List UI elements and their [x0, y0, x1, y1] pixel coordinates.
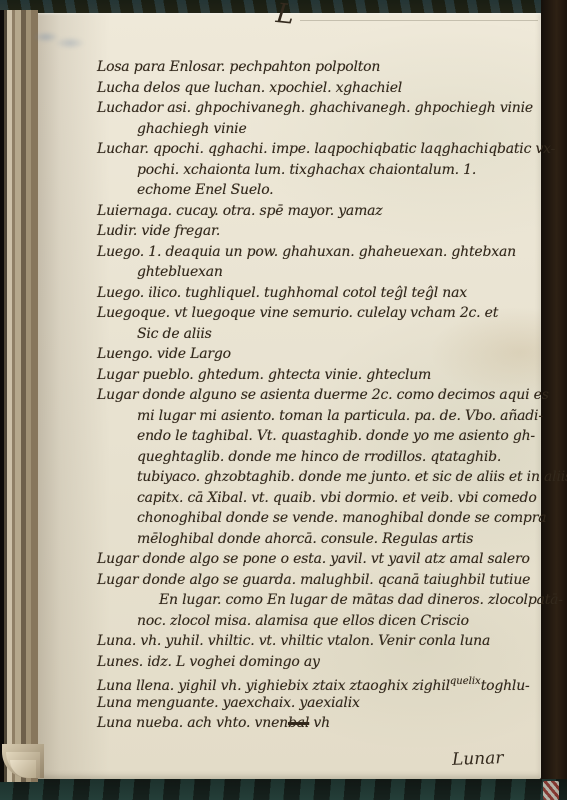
catchword: Lunar [452, 747, 504, 771]
manuscript-line: echome Enel Suelo. [97, 180, 543, 201]
manuscript-line: Lugar donde algo se guarda. malughbil. q… [97, 570, 543, 591]
text-segment: Luego. 1. deaquia un pow. ghahuxan. ghah… [97, 244, 516, 260]
text-segment: endo le taghibal. Vt. quastaghib. donde … [137, 428, 535, 444]
dictionary-entry: Lugar pueblo. ghtedum. ghtecta vinie. gh… [97, 365, 543, 386]
text-segment: Ludir. vide fregar. [97, 223, 220, 239]
text-segment: Luna nueba. ach vhto. vnen [97, 715, 288, 731]
text-segment: Sic de aliis [137, 326, 212, 342]
text-segment: noc. zlocol misa. alamisa que ellos dice… [137, 613, 469, 629]
dictionary-entry: Luna. vh. yuhil. vhiltic. vt. vhiltic vt… [97, 631, 543, 652]
manuscript-line: Lugar donde algo se pone o esta. yavil. … [97, 549, 543, 570]
manuscript-line: Luchador asi. ghpochivanegh. ghachivaneg… [97, 98, 543, 119]
text-segment: ghtebluexan [137, 264, 223, 280]
text-segment: Lugar pueblo. ghtedum. ghtecta vinie. gh… [97, 367, 431, 383]
text-segment: Luegoque. vt luegoque vine semurio. cule… [97, 305, 498, 321]
dictionary-entry: Luego. ilico. tughliquel. tughhomal coto… [97, 283, 543, 304]
manuscript-line: ghtebluexan [97, 262, 543, 283]
manuscript-line: Lugar donde alguno se asienta duerme 2c.… [97, 385, 543, 406]
text-segment: Lugar donde algo se pone o esta. yavil. … [97, 551, 530, 567]
text-segment-strike: bal [288, 715, 309, 731]
dictionary-entry: Luiernaga. cucay. otra. spē mayor. yamaz [97, 201, 543, 222]
text-segment: Losa para Enlosar. pechpahton polpolton [97, 59, 380, 75]
dictionary-entry: Luengo. vide Largo [97, 344, 543, 365]
library-stamp [32, 27, 90, 53]
text-segment: Lucha delos que luchan. xpochiel. xghach… [97, 80, 402, 96]
text-segment: mēloghibal donde ahorcā. consule. Regula… [137, 531, 473, 547]
dictionary-entry: Luegoque. vt luegoque vine semurio. cule… [97, 303, 543, 344]
dictionary-entry: Luego. 1. deaquia un pow. ghahuxan. ghah… [97, 242, 543, 283]
manuscript-line: Sic de aliis [97, 324, 543, 345]
manuscript-line: Luego. 1. deaquia un pow. ghahuxan. ghah… [97, 242, 543, 263]
text-segment: capitx. cā Xibal. vt. quaib. vbi dormio.… [137, 490, 537, 506]
text-segment-sup: quelix [450, 676, 481, 687]
text-segment: pochi. xchaionta lum. tixghachax chaiont… [137, 162, 476, 178]
manuscript-line: tubiyaco. ghzobtaghib. donde me junto. e… [97, 467, 543, 488]
manuscript-line: queghtaglib. donde me hinco de rrodillos… [97, 447, 543, 468]
text-segment: Luiernaga. cucay. otra. spē mayor. yamaz [97, 203, 382, 219]
manuscript-line: mēloghibal donde ahorcā. consule. Regula… [97, 529, 543, 550]
manuscript-page-scan: L Losa para Enlosar. pechpahton polpolto… [0, 0, 567, 800]
text-segment: Luchador asi. ghpochivanegh. ghachivaneg… [97, 100, 533, 116]
dictionary-entry: Ludir. vide fregar. [97, 221, 543, 242]
manuscript-line: Losa para Enlosar. pechpahton polpolton [97, 57, 543, 78]
text-segment: vh [309, 715, 330, 731]
text-segment: Lugar donde algo se guarda. malughbil. q… [97, 572, 530, 588]
dictionary-entry: Luna llena. yighil vh. yighiebix ztaix z… [97, 672, 543, 693]
manuscript-line: endo le taghibal. Vt. quastaghib. donde … [97, 426, 543, 447]
manuscript-line: En lugar. como En lugar de mātas dad din… [97, 590, 543, 611]
manuscript-line: capitx. cā Xibal. vt. quaib. vbi dormio.… [97, 488, 543, 509]
manuscript-line: Luchar. qpochi. qghachi. impe. laqpochiq… [97, 139, 543, 160]
manuscript-text-block: Losa para Enlosar. pechpahton polpoltonL… [97, 57, 543, 734]
dictionary-entry: Lugar donde algo se pone o esta. yavil. … [97, 549, 543, 570]
dictionary-entry: Lunes. idz. L voghei domingo ay [97, 652, 543, 673]
text-segment: Luengo. vide Largo [97, 346, 231, 362]
text-segment: Lunes. idz. L voghei domingo ay [97, 654, 320, 670]
text-segment: Luna. vh. yuhil. vhiltic. vt. vhiltic vt… [97, 633, 490, 649]
dictionary-entry: Luna nueba. ach vhto. vnenbal vh [97, 713, 543, 734]
manuscript-line: Luego. ilico. tughliquel. tughhomal coto… [97, 283, 543, 304]
binding-gutter [0, 10, 38, 782]
manuscript-line: Luegoque. vt luegoque vine semurio. cule… [97, 303, 543, 324]
dictionary-entry: Lucha delos que luchan. xpochiel. xghach… [97, 78, 543, 99]
text-segment: toghlu- [481, 678, 530, 694]
dictionary-entry: Luchador asi. ghpochivanegh. ghachivaneg… [97, 98, 543, 139]
manuscript-line: pochi. xchaionta lum. tixghachax chaiont… [97, 160, 543, 181]
text-segment: ghachiegh vinie [137, 121, 247, 137]
dictionary-entry: Luna menguante. yaexchaix. yaexialix [97, 693, 543, 714]
dictionary-entry: Luchar. qpochi. qghachi. impe. laqpochiq… [97, 139, 543, 201]
manuscript-line: Luna nueba. ach vhto. vnenbal vh [97, 713, 543, 734]
manuscript-line: Luna llena. yighil vh. yighiebix ztaix z… [97, 672, 543, 693]
manuscript-line: ghachiegh vinie [97, 119, 543, 140]
dictionary-entry: Lugar donde alguno se asienta duerme 2c.… [97, 385, 543, 549]
text-segment: Luchar. qpochi. qghachi. impe. laqpochiq… [97, 141, 555, 157]
text-segment: Lugar donde alguno se asienta duerme 2c.… [97, 387, 549, 403]
text-segment: mi lugar mi asiento. toman la particula.… [137, 408, 543, 424]
manuscript-line: Lugar pueblo. ghtedum. ghtecta vinie. gh… [97, 365, 543, 386]
manuscript-line: Luna menguante. yaexchaix. yaexialix [97, 693, 543, 714]
manuscript-line: chonoghibal donde se vende. manoghibal d… [97, 508, 543, 529]
section-letter-mark: L [275, 0, 318, 33]
text-segment: echome Enel Suelo. [137, 182, 273, 198]
manuscript-line: Lunes. idz. L voghei domingo ay [97, 652, 543, 673]
manuscript-line: Lucha delos que luchan. xpochiel. xghach… [97, 78, 543, 99]
dictionary-entry: Lugar donde algo se guarda. malughbil. q… [97, 570, 543, 632]
manuscript-line: Luiernaga. cucay. otra. spē mayor. yamaz [97, 201, 543, 222]
manuscript-line: mi lugar mi asiento. toman la particula.… [97, 406, 543, 427]
text-segment: queghtaglib. donde me hinco de rrodillos… [137, 449, 501, 465]
dictionary-entry: Losa para Enlosar. pechpahton polpolton [97, 57, 543, 78]
text-segment: Luna llena. yighil vh. yighiebix ztaix z… [97, 678, 450, 694]
book-headband [543, 781, 559, 800]
text-segment: Luego. ilico. tughliquel. tughhomal coto… [97, 285, 467, 301]
text-segment: Luna menguante. yaexchaix. yaexialix [97, 695, 360, 711]
text-segment: En lugar. como En lugar de mātas dad din… [159, 592, 563, 608]
manuscript-line: noc. zlocol misa. alamisa que ellos dice… [97, 611, 543, 632]
faint-crease-line [300, 20, 538, 21]
text-segment: tubiyaco. ghzobtaghib. donde me junto. e… [137, 469, 567, 485]
book-cover-edge-bottom [0, 779, 567, 800]
manuscript-line: Luengo. vide Largo [97, 344, 543, 365]
manuscript-line: Luna. vh. yuhil. vhiltic. vt. vhiltic vt… [97, 631, 543, 652]
manuscript-line: Ludir. vide fregar. [97, 221, 543, 242]
text-segment: chonoghibal donde se vende. manoghibal d… [137, 510, 546, 526]
